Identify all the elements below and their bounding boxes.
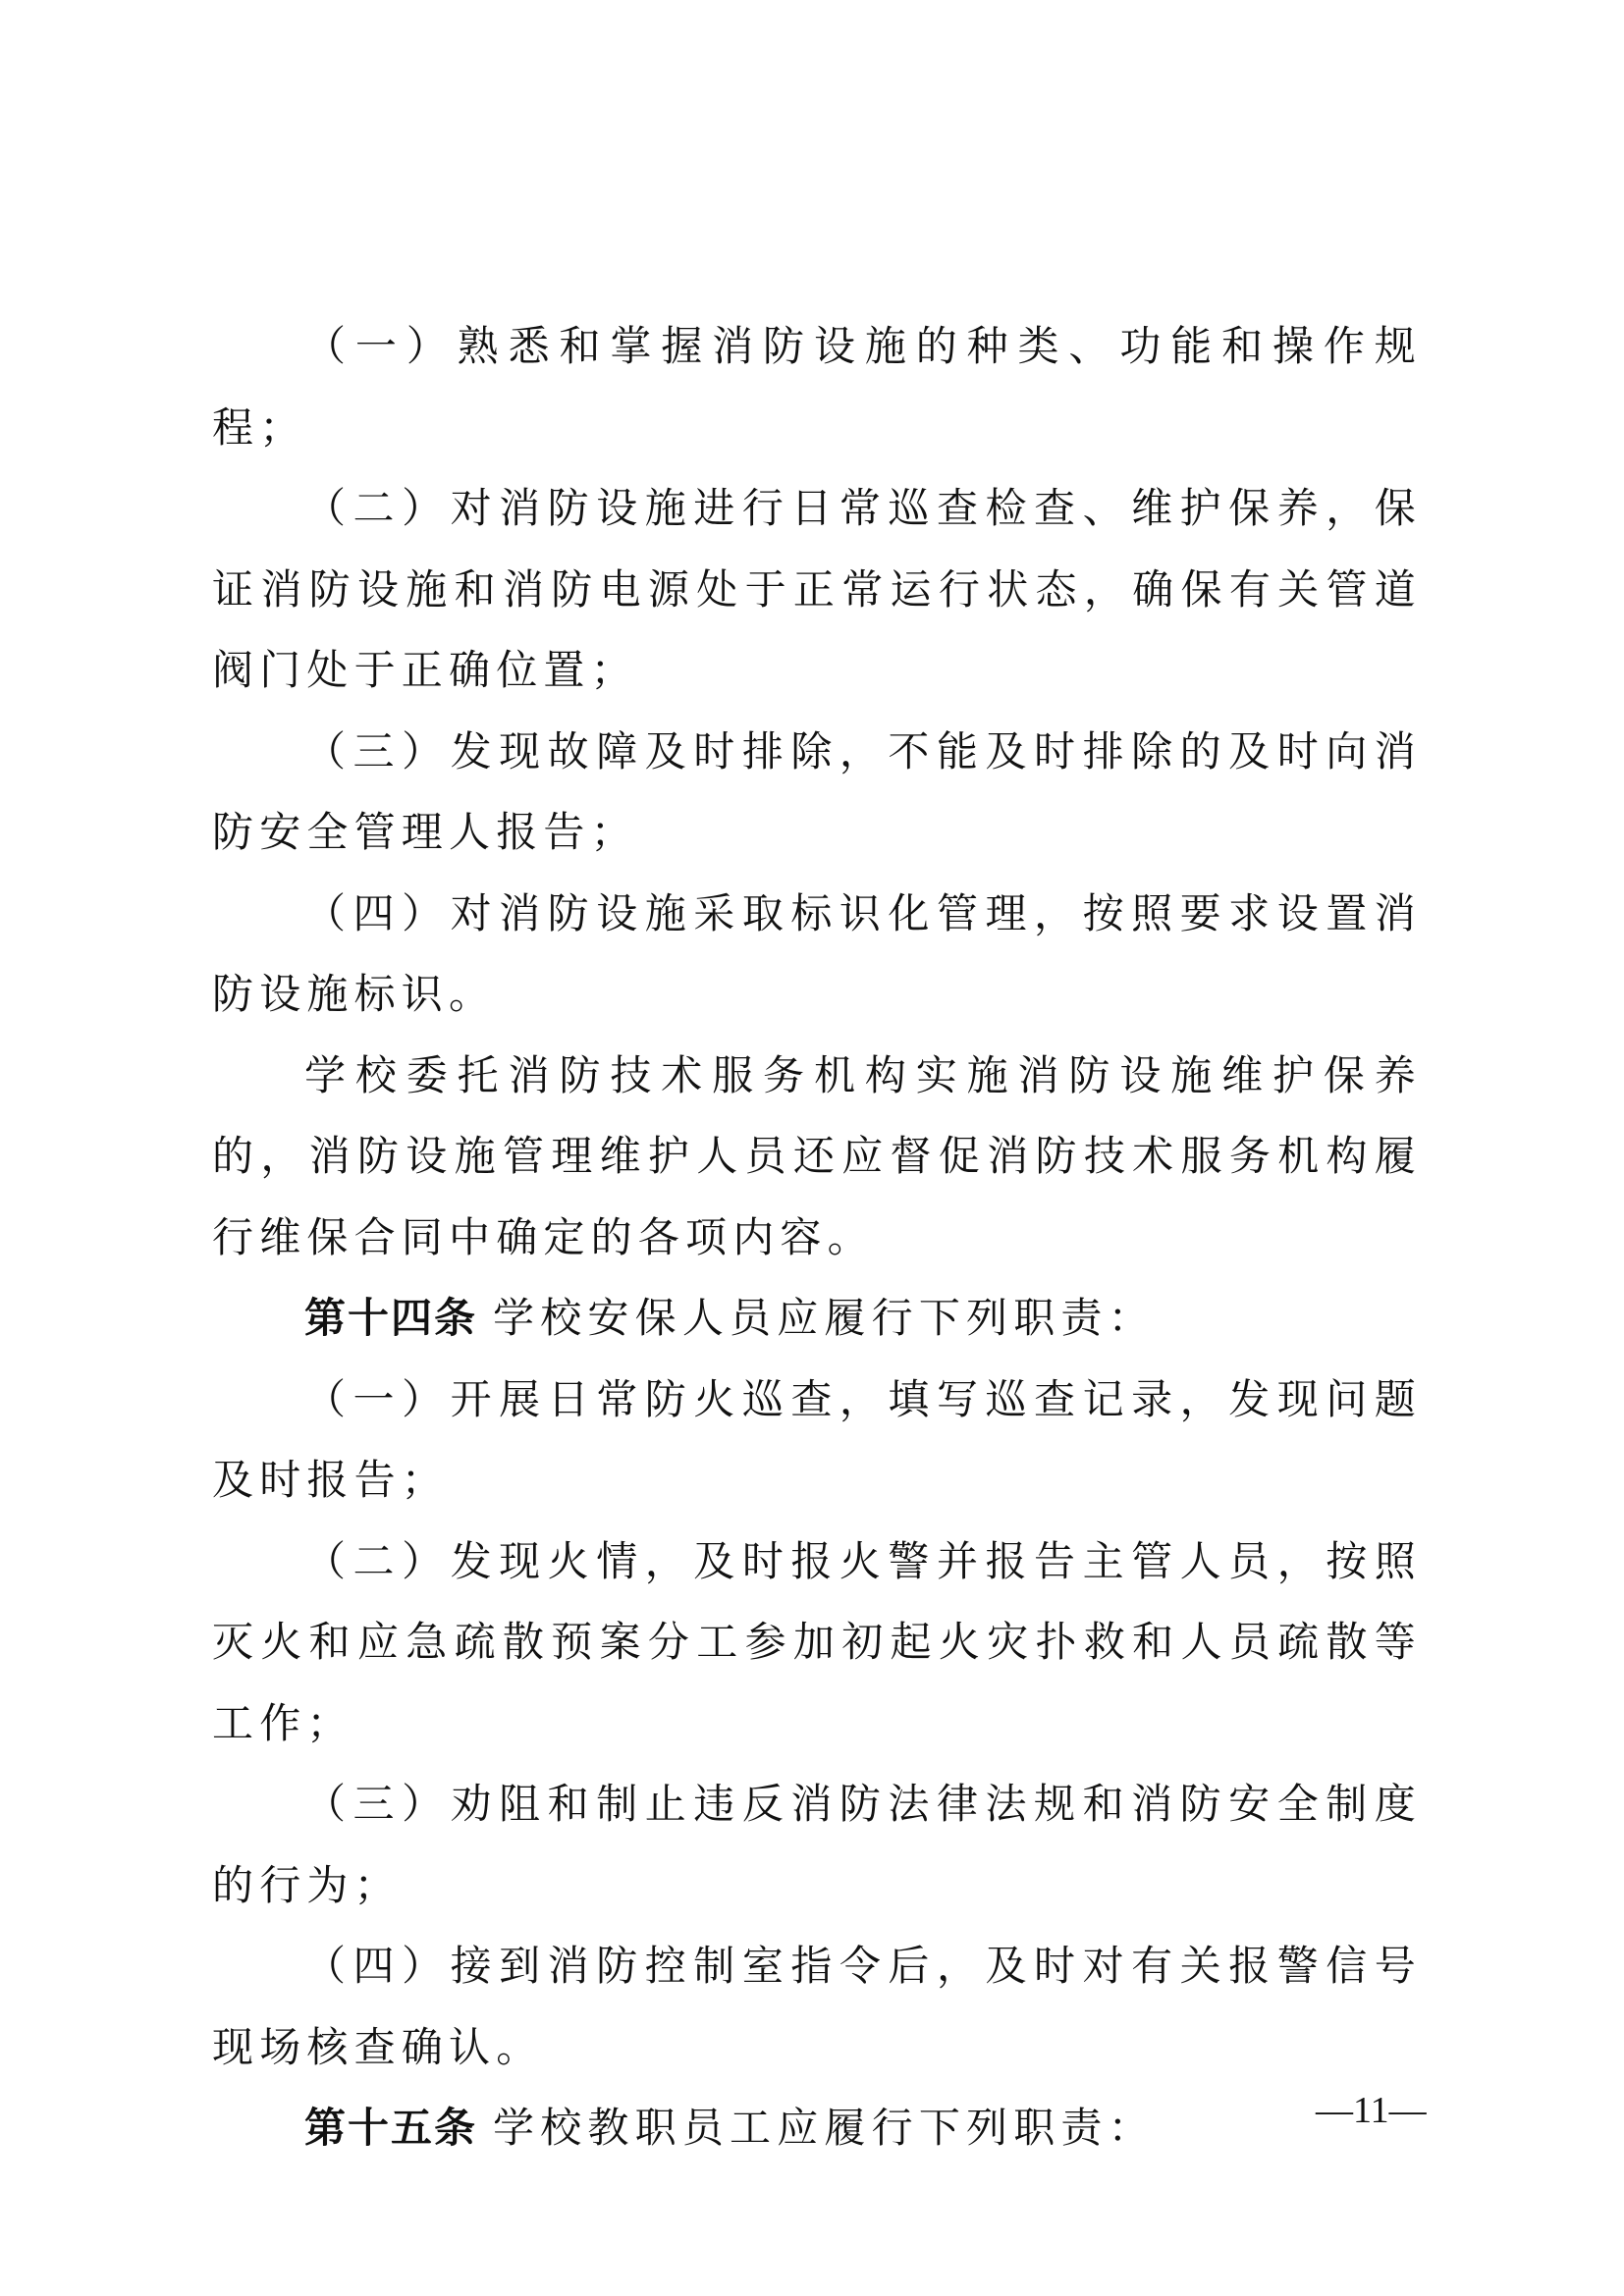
paragraph-text: 学校教职员工应履行下列职责： xyxy=(493,2104,1156,2152)
paragraph-text: （三）发现故障及时排除，不能及时排除的及时向消防安全管理人报告； xyxy=(212,727,1422,857)
article-number: 第十五条 xyxy=(304,2104,477,2152)
paragraph-text: （一）开展日常防火巡查，填写巡查记录，发现问题及时报告； xyxy=(212,1375,1422,1505)
article-number: 第十四条 xyxy=(304,1294,477,1342)
paragraph-text: 学校安保人员应履行下列职责： xyxy=(493,1294,1156,1342)
paragraph-text: （四）对消防设施采取标识化管理，按照要求设置消防设施标识。 xyxy=(212,889,1422,1019)
paragraph-text: （二）对消防设施进行日常巡查检查、维护保养，保证消防设施和消防电源处于正常运行状… xyxy=(212,484,1422,694)
paragraph-item-1: （一）熟悉和掌握消防设施的种类、功能和操作规程； xyxy=(212,306,1422,468)
paragraph-item-2: （二）发现火情，及时报火警并报告主管人员，按照灭火和应急疏散预案分工参加初起火灾… xyxy=(212,1522,1422,1765)
paragraph-text: （二）发现火情，及时报火警并报告主管人员，按照灭火和应急疏散预案分工参加初起火灾… xyxy=(212,1537,1422,1747)
paragraph-text: （一）熟悉和掌握消防设施的种类、功能和操作规程； xyxy=(212,322,1422,452)
paragraph-maintenance-contract: 学校委托消防技术服务机构实施消防设施维护保养的，消防设施管理维护人员还应督促消防… xyxy=(212,1036,1422,1279)
paragraph-item-4: （四）接到消防控制室指令后，及时对有关报警信号现场核查确认。 xyxy=(212,1926,1422,2088)
paragraph-text: （四）接到消防控制室指令后，及时对有关报警信号现场核查确认。 xyxy=(212,1942,1422,2071)
document-page: （一）熟悉和掌握消防设施的种类、功能和操作规程； （二）对消防设施进行日常巡查检… xyxy=(212,306,1422,2169)
paragraph-item-3: （三）劝阻和制止违反消防法律法规和消防安全制度的行为； xyxy=(212,1764,1422,1926)
paragraph-item-2: （二）对消防设施进行日常巡查检查、维护保养，保证消防设施和消防电源处于正常运行状… xyxy=(212,468,1422,712)
page-number: —11— xyxy=(1316,2089,1427,2132)
paragraph-item-3: （三）发现故障及时排除，不能及时排除的及时向消防安全管理人报告； xyxy=(212,712,1422,874)
paragraph-item-1: （一）开展日常防火巡查，填写巡查记录，发现问题及时报告； xyxy=(212,1360,1422,1522)
paragraph-item-4: （四）对消防设施采取标识化管理，按照要求设置消防设施标识。 xyxy=(212,874,1422,1036)
article-14-heading: 第十四条学校安保人员应履行下列职责： xyxy=(212,1278,1422,1360)
paragraph-text: 学校委托消防技术服务机构实施消防设施维护保养的，消防设施管理维护人员还应督促消防… xyxy=(212,1051,1422,1261)
article-15-heading: 第十五条学校教职员工应履行下列职责： xyxy=(212,2088,1422,2169)
paragraph-text: （三）劝阻和制止违反消防法律法规和消防安全制度的行为； xyxy=(212,1780,1422,1909)
